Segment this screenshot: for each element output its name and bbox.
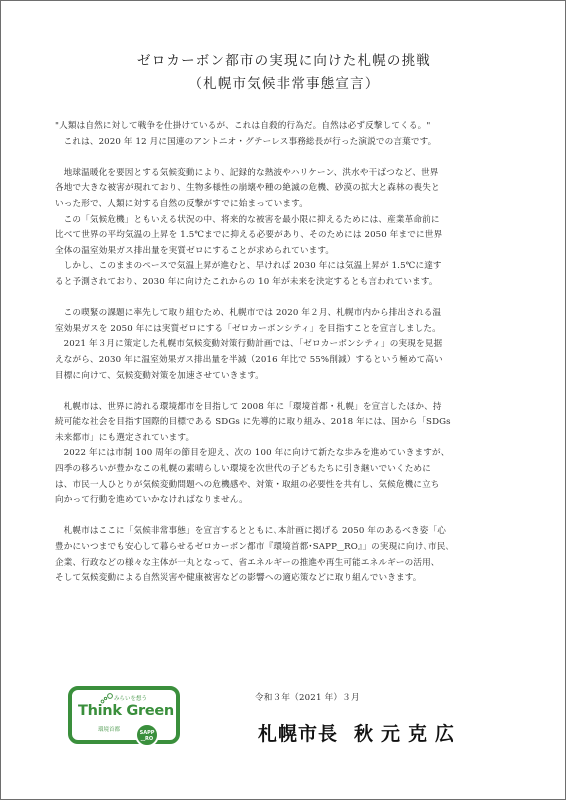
text-line: 豊かにいつまでも安心して暮らせるゼロカーボン都市『環境首都･SAPP‿RO』」の…	[55, 540, 525, 556]
text-line: いった形で、人類に対する自然の反撃がすでに始まっています。	[55, 197, 525, 213]
sapporo-badge: SAPP ‿RO	[135, 723, 159, 747]
text-line: 各地で大きな被害が現れており、生物多様性の崩壊や種の絶滅の危機、砂漠の拡大と森林…	[55, 181, 525, 197]
text-line: ると予測されており、2030 年に向けたこれからの 10 年が未来を決定するとも…	[55, 275, 525, 291]
text-line: 目標に向けて、気候変動対策を加速させていきます。	[55, 369, 525, 385]
paragraph-declaration: 札幌市はここに「気候非常事態」を宣言するとともに､本計画に掲げる 2050 年の…	[55, 524, 525, 586]
text-line: 未来都市」にも選定されています。	[55, 431, 525, 447]
text-line: 四季の移ろいが豊かなこの札幌の素晴らしい環境を次世代の子どもたちに引き継いでいく…	[55, 462, 525, 478]
text-line: は、市民一人ひとりが気候変動問題への危機感や、対策・取組の必要性を共有し、気候危…	[55, 478, 525, 494]
logo-subtitle: 環境首都	[98, 725, 120, 733]
think-green-logo: みらいを想う Think Green 環境首都 SAPP ‿RO	[68, 686, 180, 744]
text-line: 企業、行政などの様々な主体が一丸となって、省エネルギーの推進や再生可能エネルギー…	[55, 556, 525, 572]
document-page: ゼロカーボン都市の実現に向けた札幌の挑戦 （札幌市気候非常事態宣言） "人類は自…	[0, 0, 566, 800]
text-line: 比べて世界の平均気温の上昇を 1.5℃までに抑える必要があり、そのためには 20…	[55, 228, 525, 244]
document-title: ゼロカーボン都市の実現に向けた札幌の挑戦	[1, 49, 566, 69]
paragraph-zero-carbon: この喫緊の課題に率先して取り組むため、札幌市では 2020 年２月、札幌市内から…	[55, 306, 525, 384]
paragraph-quote: "人類は自然に対して戦争を仕掛けているが、これは自殺的行為だ。自然は必ず反撃して…	[55, 119, 525, 150]
logo-tagline: みらいを想う	[114, 694, 147, 702]
signature-title: 札幌市長	[258, 723, 338, 745]
text-line: しかし、このままのペースで気温上昇が進むと、早ければ 2030 年には気温上昇が…	[55, 259, 525, 275]
text-line: この喫緊の課題に率先して取り組むため、札幌市では 2020 年２月、札幌市内から…	[55, 306, 525, 322]
text-line: 札幌市はここに「気候非常事態」を宣言するとともに､本計画に掲げる 2050 年の…	[55, 524, 525, 540]
paragraph-sapporo-environment: 札幌市は、世界に誇れる環境都市を目指して 2008 年に「環境首都・札幌」を宣言…	[55, 400, 525, 509]
signature-name: 秋元克広	[354, 723, 462, 745]
document-body: "人類は自然に対して戦争を仕掛けているが、これは自殺的行為だ。自然は必ず反撃して…	[55, 119, 525, 587]
text-line: そして気候変動による自然災害や健康被害などの影響への適応策などに取り組んでいきま…	[55, 571, 525, 587]
text-line: 札幌市は、世界に誇れる環境都市を目指して 2008 年に「環境首都・札幌」を宣言…	[55, 400, 525, 416]
declaration-date: 令和３年（2021 年）３月	[255, 691, 360, 703]
text-line: 全体の温室効果ガス排出量を実質ゼロにすることが求められています。	[55, 244, 525, 260]
text-line: 室効果ガスを 2050 年には実質ゼロにする「ゼロカーボンシティ」を目指すことを…	[55, 322, 525, 338]
text-line: これは、2020 年 12 月に国連のアントニオ・グテーレス事務総長が行った演説…	[55, 135, 525, 151]
logo-brand: Think Green	[76, 703, 176, 719]
paragraph-climate-crisis: 地球温暖化を要因とする気候変動により、記録的な熱波やハリケーン、洪水や干ばつなど…	[55, 166, 525, 291]
text-line: えながら、2030 年に温室効果ガス排出量を半減（2016 年比で 55%削減）…	[55, 353, 525, 369]
text-line: 2022 年には市制 100 周年の節目を迎え、次の 100 年に向けて新たな歩…	[55, 446, 525, 462]
document-subtitle: （札幌市気候非常事態宣言）	[1, 72, 566, 92]
text-line: 2021 年３月に策定した札幌市気候変動対策行動計画では、「ゼロカーボンシティ」…	[55, 337, 525, 353]
text-line: 地球温暖化を要因とする気候変動により、記録的な熱波やハリケーン、洪水や干ばつなど…	[55, 166, 525, 182]
mayor-signature: 札幌市長秋元克広	[258, 719, 462, 746]
badge-line: ‿RO	[137, 736, 157, 742]
text-line: 向かって行動を進めていかなければなりません。	[55, 493, 525, 509]
text-line: "人類は自然に対して戦争を仕掛けているが、これは自殺的行為だ。自然は必ず反撃して…	[55, 119, 525, 135]
text-line: この「気候危機」ともいえる状況の中、将来的な被害を最小限に抑えるためには、産業革…	[55, 213, 525, 229]
text-line: 続可能な社会を目指す国際的目標である SDGs に先導的に取り組み、2018 年…	[55, 415, 525, 431]
